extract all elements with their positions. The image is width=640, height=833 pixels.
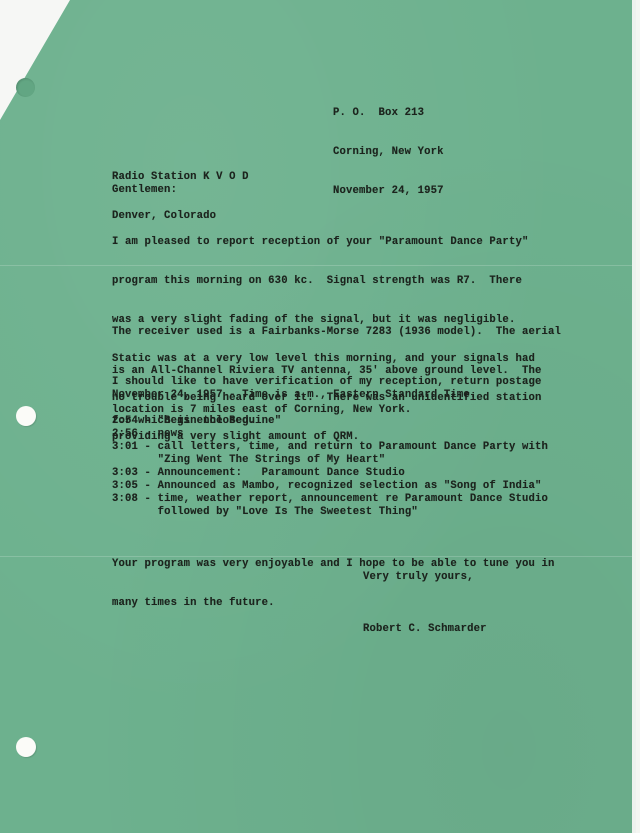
page-right-edge	[632, 0, 636, 833]
log-text: "Begin the Beguine"	[158, 415, 282, 427]
paragraph-line: Your program was very enjoyable and I ho…	[112, 558, 555, 571]
log-entry-continuation: followed by "Love Is The Sweetest Thing"	[112, 506, 548, 519]
letter-page: P. O. Box 213 Corning, New York November…	[0, 0, 636, 833]
program-log: 2:54 - "Begin the Beguine"2:56 - news3:0…	[112, 415, 548, 519]
paragraph-line: many times in the future.	[112, 597, 555, 610]
log-text: "Zing Went The Strings of My Heart"	[158, 454, 386, 466]
log-time: 3:03 -	[112, 467, 158, 479]
log-text: call letters, time, and return to Paramo…	[158, 441, 548, 453]
signature-name: Robert C. Schmarder	[363, 623, 487, 636]
log-text: Announcement: Paramount Dance Studio	[158, 467, 405, 479]
recipient-line: Radio Station K V O D	[112, 171, 249, 184]
letter-date: November 24, 1957	[333, 185, 444, 198]
paragraph-line: I should like to have verification of my…	[112, 376, 541, 389]
complimentary-close: Very truly yours,	[363, 571, 474, 584]
log-text: Announced as Mambo, recognized selection…	[158, 480, 542, 492]
log-entry: 3:08 - time, weather report, announcemen…	[112, 493, 548, 506]
torn-corner	[0, 0, 70, 120]
log-entry-continuation: "Zing Went The Strings of My Heart"	[112, 454, 548, 467]
corner-punch-hole	[16, 78, 35, 97]
log-time: 2:54 -	[112, 415, 158, 427]
log-entry: 2:56 - news	[112, 428, 548, 441]
log-indent	[112, 454, 158, 466]
paragraph-line: The receiver used is a Fairbanks-Morse 7…	[112, 326, 561, 339]
log-entry: 3:05 - Announced as Mambo, recognized se…	[112, 480, 548, 493]
punch-hole-bottom	[16, 737, 36, 757]
punch-hole-middle	[16, 406, 36, 426]
return-address-line: P. O. Box 213	[333, 107, 444, 120]
log-text: followed by "Love Is The Sweetest Thing"	[158, 506, 418, 518]
log-time: 3:08 -	[112, 493, 158, 505]
return-address-line: Corning, New York	[333, 146, 444, 159]
log-entry: 3:03 - Announcement: Paramount Dance Stu…	[112, 467, 548, 480]
log-entry: 2:54 - "Begin the Beguine"	[112, 415, 548, 428]
log-time: 3:05 -	[112, 480, 158, 492]
log-text: time, weather report, announcement re Pa…	[158, 493, 548, 505]
return-address: P. O. Box 213 Corning, New York November…	[333, 81, 444, 224]
log-time: 3:01 -	[112, 441, 158, 453]
log-time: 2:56 -	[112, 428, 158, 440]
log-header: November 24, 1957 - Time is a.m., Easter…	[112, 389, 476, 402]
log-text: news	[158, 428, 184, 440]
paragraph-line: I am pleased to report reception of your…	[112, 236, 541, 249]
salutation: Gentlemen:	[112, 184, 177, 197]
paragraph-closing-remarks: Your program was very enjoyable and I ho…	[112, 532, 555, 636]
log-indent	[112, 506, 158, 518]
log-entry: 3:01 - call letters, time, and return to…	[112, 441, 548, 454]
paragraph-line: program this morning on 630 kc. Signal s…	[112, 275, 541, 288]
